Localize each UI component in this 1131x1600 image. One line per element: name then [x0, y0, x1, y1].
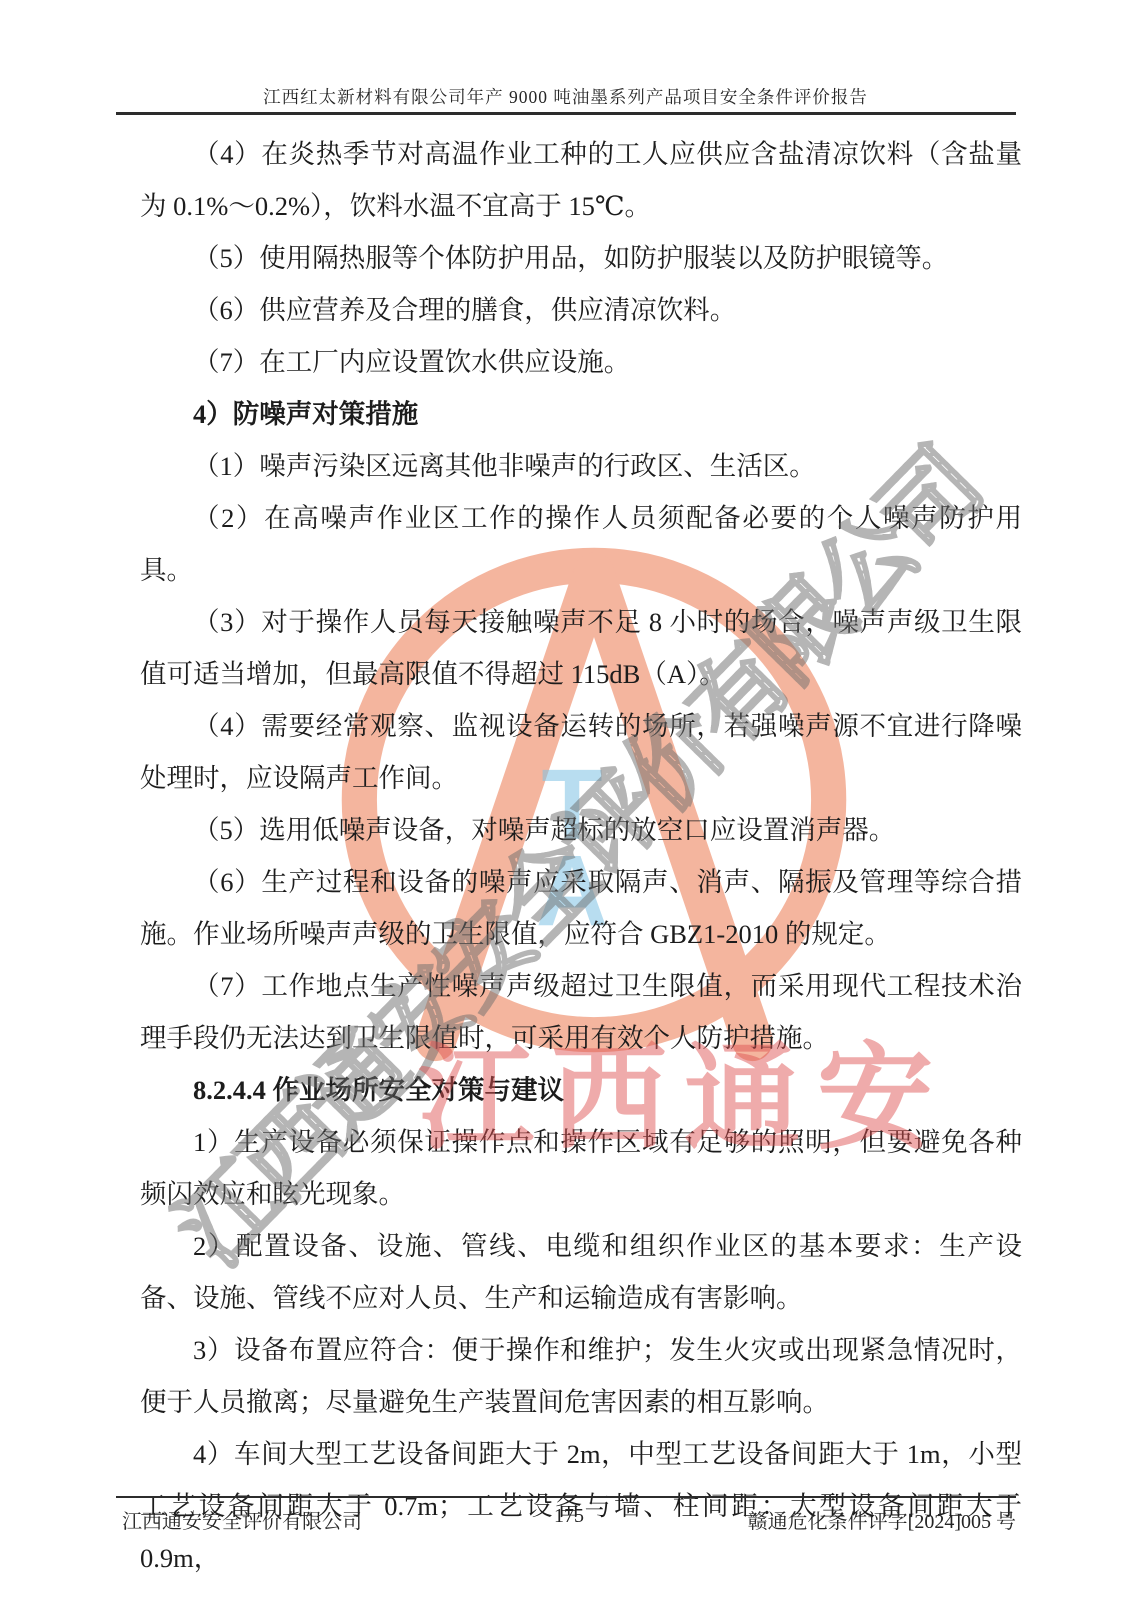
paragraph: （2）在高噪声作业区工作的操作人员须配备必要的个人噪声防护用具。 — [140, 492, 1022, 596]
paragraph: （7）在工厂内应设置饮水供应设施。 — [140, 336, 1022, 388]
header-divider — [116, 112, 1016, 115]
paragraph: （3）对于操作人员每天接触噪声不足 8 小时的场合，噪声声级卫生限值可适当增加，… — [140, 596, 1022, 700]
paragraph: （5）选用低噪声设备，对噪声超标的放空口应设置消声器。 — [140, 804, 1022, 856]
page-footer: 江西通安安全评价有限公司 175 赣通危化条件评字[2024]005 号 — [122, 1505, 1016, 1534]
footer-company: 江西通安安全评价有限公司 — [122, 1505, 420, 1534]
paragraph: 3）设备布置应符合：便于操作和维护；发生火灾或出现紧急情况时，便于人员撤离；尽量… — [140, 1324, 1022, 1428]
paragraph: （6）生产过程和设备的噪声应采取隔声、消声、隔振及管理等综合措施。作业场所噪声声… — [140, 856, 1022, 960]
page-header-title: 江西红太新材料有限公司年产 9000 吨油墨系列产品项目安全条件评价报告 — [110, 84, 1021, 109]
paragraph: （4）在炎热季节对高温作业工种的工人应供应含盐清凉饮料（含盐量为 0.1%～0.… — [140, 128, 1022, 232]
document-page: T A 江西红太新材料有限公司年产 9000 吨油墨系列产品项目安全条件评价报告… — [0, 0, 1131, 1600]
paragraph: （7）工作地点生产性噪声声级超过卫生限值，而采用现代工程技术治理手段仍无法达到卫… — [140, 960, 1022, 1064]
footer-doc-number: 赣通危化条件评字[2024]005 号 — [718, 1505, 1016, 1534]
document-body: （4）在炎热季节对高温作业工种的工人应供应含盐清凉饮料（含盐量为 0.1%～0.… — [140, 128, 1022, 1584]
paragraph: （4）需要经常观察、监视设备运转的场所，若强噪声源不宜进行降噪处理时，应设隔声工… — [140, 700, 1022, 804]
section-heading: 8.2.4.4 作业场所安全对策与建议 — [140, 1064, 1022, 1116]
section-heading: 4）防噪声对策措施 — [140, 388, 1022, 440]
paragraph: （6）供应营养及合理的膳食，供应清凉饮料。 — [140, 284, 1022, 336]
footer-divider — [116, 1496, 1016, 1498]
paragraph: 1）生产设备必须保证操作点和操作区域有足够的照明，但要避免各种频闪效应和眩光现象… — [140, 1116, 1022, 1220]
paragraph: 2）配置设备、设施、管线、电缆和组织作业区的基本要求：生产设备、设施、管线不应对… — [140, 1220, 1022, 1324]
paragraph: （5）使用隔热服等个体防护用品，如防护服装以及防护眼镜等。 — [140, 232, 1022, 284]
footer-page-number: 175 — [420, 1505, 718, 1528]
paragraph: （1）噪声污染区远离其他非噪声的行政区、生活区。 — [140, 440, 1022, 492]
